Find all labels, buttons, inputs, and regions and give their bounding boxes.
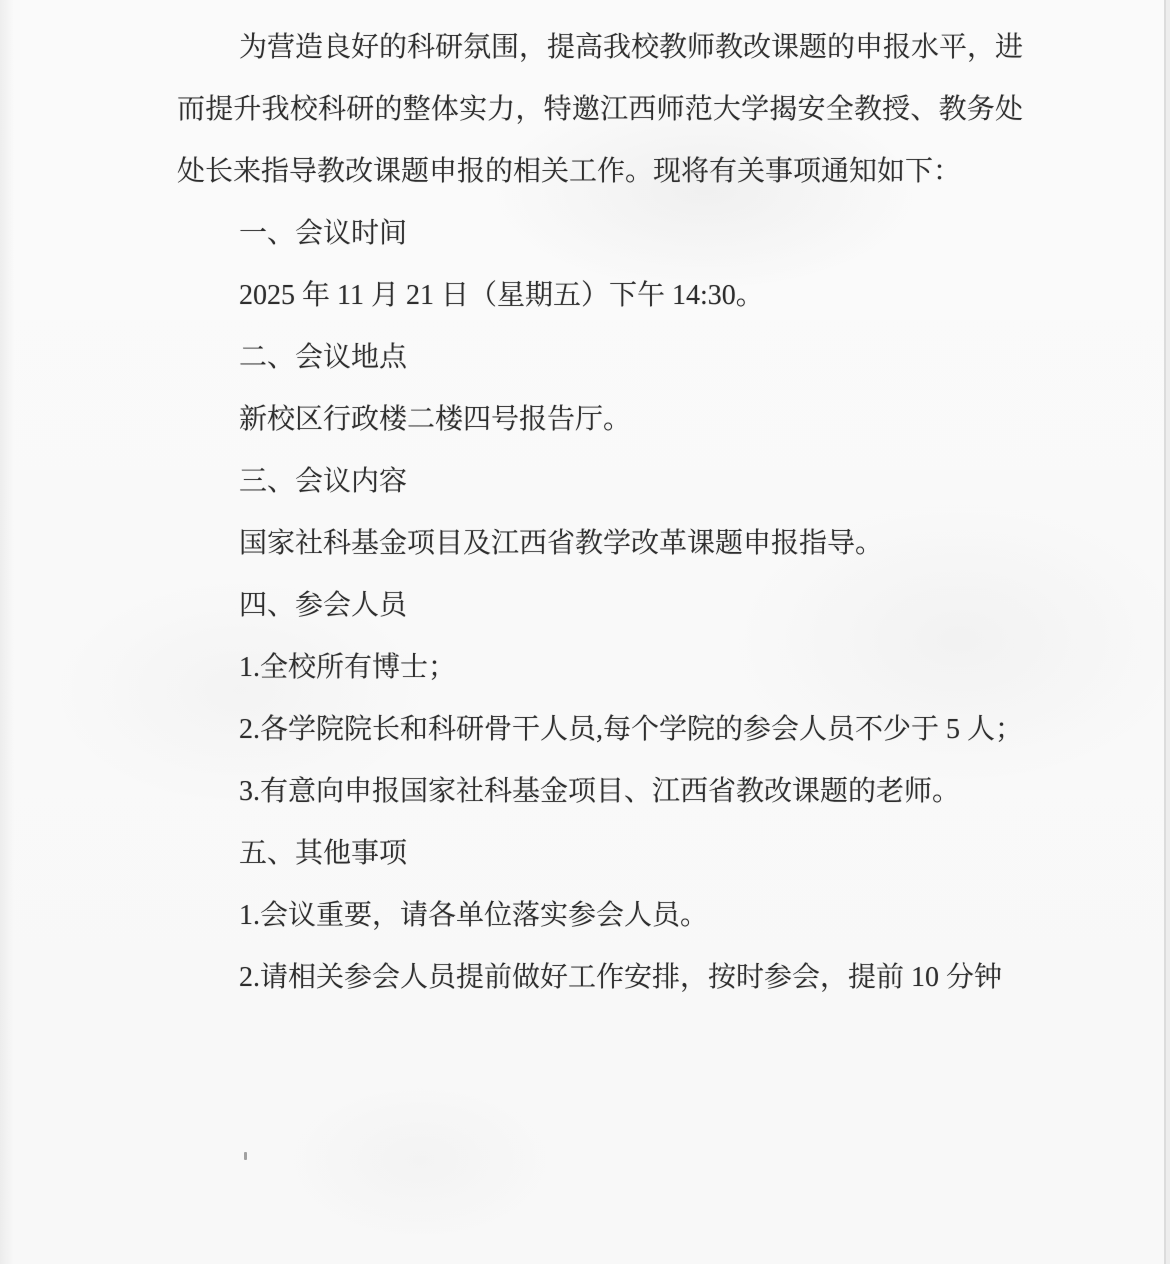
section-4-list-item-2: 2.各学院院长和科研骨干人员,每个学院的参会人员不少于 5 人；	[177, 699, 1023, 761]
intro-paragraph-line-2: 而提升我校科研的整体实力，特邀江西师范大学揭安全教授、教务处	[177, 79, 1023, 141]
section-3-body-line: 国家社科基金项目及江西省教学改革课题申报指导。	[177, 513, 1023, 575]
section-2-heading: 二、会议地点	[177, 327, 1023, 389]
section-1-body-line: 2025 年 11 月 21 日（星期五）下午 14:30。	[177, 265, 1023, 327]
section-2-body-line: 新校区行政楼二楼四号报告厅。	[177, 389, 1023, 451]
section-5-heading: 五、其他事项	[177, 823, 1023, 885]
intro-paragraph-line-3: 处长来指导教改课题申报的相关工作。现将有关事项通知如下：	[177, 141, 1023, 203]
section-5-list-item-2: 2.请相关参会人员提前做好工作安排，按时参会，提前 10 分钟	[177, 947, 1023, 1009]
section-1-heading: 一、会议时间	[177, 203, 1023, 265]
section-3-heading: 三、会议内容	[177, 451, 1023, 513]
section-4-list-item-3: 3.有意向申报国家社科基金项目、江西省教改课题的老师。	[177, 761, 1023, 823]
notice-body: 为营造良好的科研氛围，提高我校教师教改课题的申报水平，进 而提升我校科研的整体实…	[177, 17, 1023, 1009]
scan-edge-line	[1164, 0, 1166, 1264]
section-5-list-item-1: 1.会议重要，请各单位落实参会人员。	[177, 885, 1023, 947]
scan-speck	[244, 1152, 247, 1160]
section-4-heading: 四、参会人员	[177, 575, 1023, 637]
scan-edge-strip	[1166, 0, 1170, 1264]
section-4-list-item-1: 1.全校所有博士；	[177, 637, 1023, 699]
intro-paragraph-line-1: 为营造良好的科研氛围，提高我校教师教改课题的申报水平，进	[177, 17, 1023, 79]
scanned-notice-page: 为营造良好的科研氛围，提高我校教师教改课题的申报水平，进 而提升我校科研的整体实…	[0, 0, 1170, 1264]
